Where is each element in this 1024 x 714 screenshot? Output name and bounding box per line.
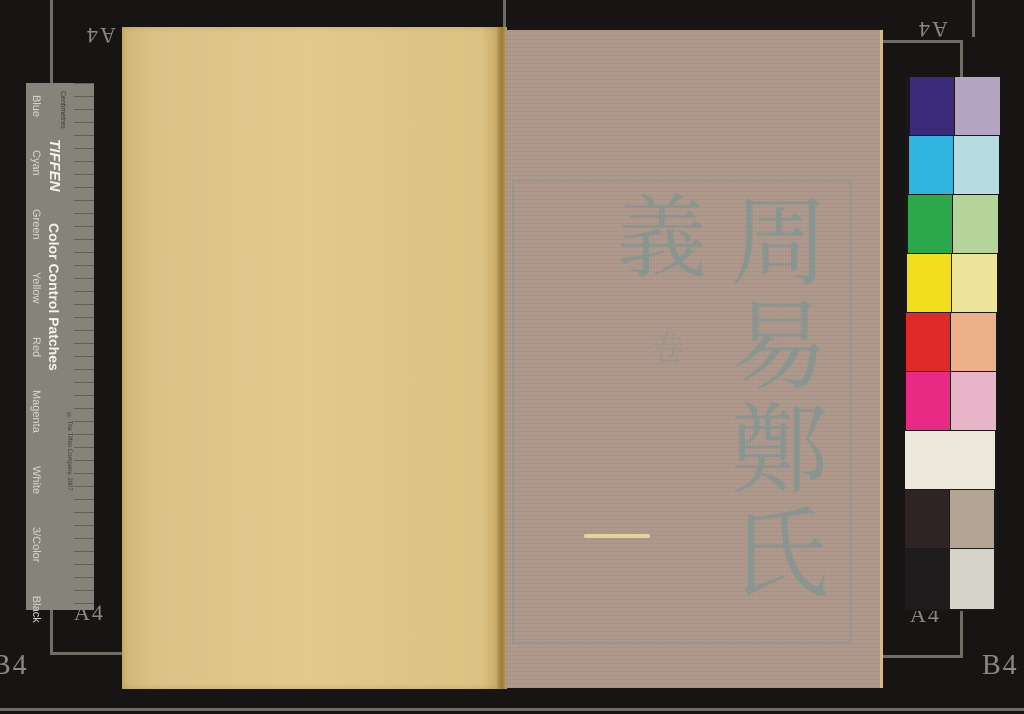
ruler-ticks — [74, 83, 94, 610]
ruler-units: Centimetres — [59, 91, 66, 129]
ruler-copyright: © The Tiffen Company, 2007 — [66, 413, 72, 491]
patch-green — [908, 195, 952, 253]
patch-light-purple — [955, 77, 1000, 135]
tiffen-color-ruler: Blue Cyan Green Yellow Red Magenta White… — [26, 83, 94, 610]
paper-blemish — [584, 534, 650, 538]
patch-dark-brown — [905, 490, 949, 548]
patch-cyan — [909, 136, 953, 194]
bottom-guide-line — [0, 708, 1024, 711]
a4-label-top-right: A4 — [917, 16, 948, 42]
patch-red — [906, 313, 950, 371]
patch-light-gray — [950, 549, 994, 609]
ruler-title: Color Control Patches — [46, 223, 62, 371]
patch-tan — [950, 490, 994, 548]
patch-blue — [910, 77, 954, 135]
bleedthrough-subtitle-text: 義 — [608, 190, 698, 280]
patch-black — [905, 549, 949, 609]
patch-peach — [951, 313, 996, 371]
patch-yellow — [907, 254, 951, 312]
ruler-brand: TIFFEN — [46, 139, 63, 192]
patch-magenta — [906, 372, 950, 430]
bleedthrough-small-text: 卷 — [640, 330, 689, 364]
patch-light-green — [953, 195, 998, 253]
patch-light-cyan — [954, 136, 999, 194]
patch-white — [905, 431, 995, 489]
a4-label-top-left: A4 — [85, 22, 116, 48]
left-page-blank — [122, 27, 500, 689]
b4-label-bottom-right: B4 — [982, 650, 1019, 682]
color-patch-target — [905, 77, 997, 611]
b4-label-bottom-left: B4 — [0, 650, 29, 682]
patch-light-pink — [951, 372, 996, 430]
outer-guide-right — [972, 0, 975, 37]
ruler-color-labels: Blue Cyan Green Yellow Red Magenta White… — [30, 95, 42, 623]
bleedthrough-title-text: 周易鄭氏 — [722, 190, 820, 606]
patch-light-yellow — [952, 254, 997, 312]
